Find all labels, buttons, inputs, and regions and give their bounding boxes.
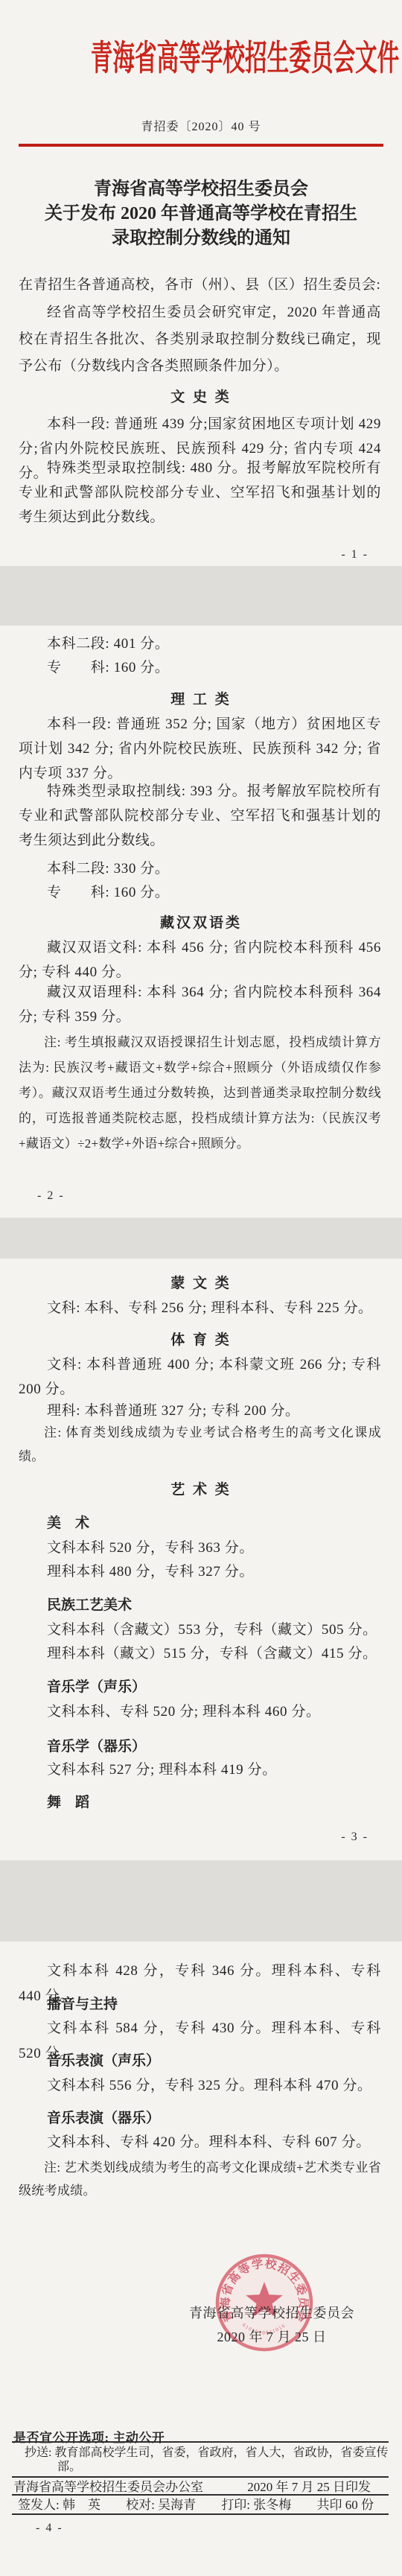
colophon-rule-2 [12, 2476, 389, 2478]
signature-date: 2020 年 7 月 25 日 [214, 2327, 330, 2346]
ligong-benke2: 本科二段: 330 分。 [19, 856, 381, 882]
page-2: 本科二段: 401 分。 专 科: 160 分。 理 工 类 本科一段: 普通班… [0, 626, 402, 1218]
subheading-gongyi: 民族工艺美术 [47, 1594, 381, 1614]
signature-org: 青海省高等学校招生委员会 [188, 2303, 356, 2322]
yinyuexue-qiyue-line: 文科本科 527 分; 理科本科 419 分。 [19, 1758, 381, 1783]
issuer-name: 签发人: 韩 英 [18, 2498, 100, 2513]
colophon-rule-1 [12, 2441, 389, 2443]
issuer-row: 签发人: 韩 英 校对: 吴海青 打印: 张冬梅 共印 60 份 [18, 2498, 374, 2513]
yishu-note: 注: 艺术类划线成绩为考生的高考文化课成绩+艺术类专业省级统考成绩。 [19, 2156, 381, 2202]
section-heading-tiyu: 体 育 类 [0, 1329, 402, 1349]
page-4: 文科本科 428 分，专科 346 分。理科本科、专科 440 分。 播音与主持… [0, 1941, 402, 2576]
document-title-line3: 录取控制分数线的通知 [0, 226, 402, 251]
issuing-office: 青海省高等学校招生委员会办公室 [13, 2480, 203, 2495]
section-heading-ligong: 理 工 类 [0, 688, 402, 708]
intro-paragraph: 经省高等学校招生委员会研究审定，2020 年普通高校在青招生各批次、各类别录取控… [19, 299, 381, 380]
page-1: 青海省高等学校招生委员会文件 青招委〔2020〕40 号 青海省高等学校招生委员… [0, 0, 402, 566]
document-title-line2: 关于发布 2020 年普通高等学校在青招生 [0, 202, 402, 226]
gongyi-wenke: 文科本科（含藏文）553 分，专科（藏文）505 分。 [19, 1618, 381, 1643]
section-heading-zanghan: 藏汉双语类 [0, 912, 402, 932]
print-date: 2020 年 7 月 25 日印发 [247, 2480, 371, 2495]
subheading-yinyuexue-shengyue: 音乐学（声乐） [47, 1676, 381, 1696]
page-number-3: - 3 - [341, 1831, 368, 1844]
section-heading-yishu: 艺 术 类 [0, 1478, 402, 1498]
salutation: 在青招生各普通高校，各市（州）、县（区）招生委员会: [19, 273, 381, 298]
subheading-boyin: 播音与主持 [47, 1993, 381, 2013]
tiyu-wenke: 文科: 本科普通班 400 分; 本科蒙文班 266 分; 专科 200 分。 [19, 1352, 381, 1402]
page-gap-2 [0, 1218, 402, 1259]
zanghan-note: 注: 考生填报藏汉双语授课招生计划志愿，投档成绩计算方法为: 民族汉考+藏语文+… [19, 1030, 381, 1157]
letterhead-title: 青海省高等学校招生委员会文件 [0, 37, 402, 80]
mengwen-line: 文科: 本科、专科 256 分; 理科本科、专科 225 分。 [19, 1296, 381, 1321]
section-heading-mengwen: 蒙 文 类 [0, 1272, 402, 1292]
ligong-teshu: 特殊类型录取控制线: 393 分。报考解放军院校所有专业和武警部队院校部分专业、… [19, 779, 381, 853]
colophon-rule-4 [12, 2513, 389, 2515]
tiyu-note: 注: 体育类划线成绩为专业考试合格考生的高考文化课成绩。 [19, 1421, 381, 1469]
page-3: 蒙 文 类 文科: 本科、专科 256 分; 理科本科、专科 225 分。 体 … [0, 1259, 402, 1860]
zanghan-like: 藏汉双语理科: 本科 364 分; 省内院校本科预科 364 分; 专科 359… [19, 980, 381, 1029]
colophon-rule-3 [12, 2494, 389, 2496]
ligong-zhuanke: 专 科: 160 分。 [19, 880, 381, 906]
ligong-benke1: 本科一段: 普通班 352 分; 国家（地方）贫困地区专项计划 342 分; 省… [19, 712, 381, 786]
zanghan-wenke: 藏汉双语文科: 本科 456 分; 省内院校本科预科 456 分; 专科 440… [19, 935, 381, 985]
tiyu-like: 理科: 本科普通班 327 分; 专科 200 分。 [19, 1399, 381, 1424]
cc-list: 抄送: 教育部高校学生司，省委，省政府，省人大，省政协，省委宣传部。 [13, 2446, 389, 2474]
publicity-option: 是否宜公开选项: 主动公开 [13, 2427, 165, 2446]
wenshi-benke2: 本科二段: 401 分。 [19, 632, 381, 657]
wenshi-zhuanke: 专 科: 160 分。 [19, 655, 381, 681]
page-gap-1 [0, 566, 402, 626]
meishu-wenke: 文科本科 520 分，专科 363 分。 [19, 1536, 381, 1561]
document-title: 青海省高等学校招生委员会 关于发布 2020 年普通高等学校在青招生 录取控制分… [0, 177, 402, 251]
gongyi-like: 理科本科（藏文）515 分，专科（含藏文）415 分。 [19, 1641, 381, 1667]
page-number-2: - 2 - [37, 1189, 65, 1203]
letterhead-title-text: 青海省高等学校招生委员会文件 [91, 37, 400, 80]
biaoyan-qiyue-line: 文科本科、专科 420 分。理科本科、专科 607 分。 [19, 2130, 381, 2155]
scanned-document: 青海省高等学校招生委员会文件 青招委〔2020〕40 号 青海省高等学校招生委员… [0, 0, 402, 2576]
page-number-1: - 1 - [341, 548, 368, 562]
biaoyan-shengyue-line: 文科本科 556 分，专科 325 分。理科本科 470 分。 [19, 2073, 381, 2099]
page-gap-3 [0, 1860, 402, 1941]
document-title-line1: 青海省高等学校招生委员会 [0, 177, 402, 202]
issuing-office-row: 青海省高等学校招生委员会办公室 2020 年 7 月 25 日印发 [13, 2480, 371, 2495]
red-divider-rule [19, 144, 383, 147]
meishu-like: 理科本科 480 分，专科 327 分。 [19, 1559, 381, 1585]
copies-count: 共印 60 份 [316, 2498, 374, 2513]
page-number-4: - 4 - [36, 2522, 63, 2535]
document-number: 青招委〔2020〕40 号 [0, 117, 402, 134]
subheading-wudao: 舞 蹈 [47, 1791, 381, 1811]
wenshi-teshu: 特殊类型录取控制线: 480 分。报考解放军院校所有专业和武警部队院校部分专业、… [19, 456, 381, 529]
subheading-biaoyan-qiyue: 音乐表演（器乐） [47, 2107, 381, 2127]
subheading-yinyuexue-qiyue: 音乐学（器乐） [47, 1735, 381, 1755]
yinyuexue-shengyue-line: 文科本科、专科 520 分; 理科本科 460 分。 [19, 1699, 381, 1725]
printer-name: 打印: 张冬梅 [221, 2498, 291, 2513]
subheading-meishu: 美 术 [47, 1512, 381, 1532]
subheading-biaoyan-shengyue: 音乐表演（声乐） [47, 2049, 381, 2070]
section-heading-wenshi: 文 史 类 [0, 386, 402, 406]
proofreader-name: 校对: 吴海青 [126, 2498, 196, 2513]
